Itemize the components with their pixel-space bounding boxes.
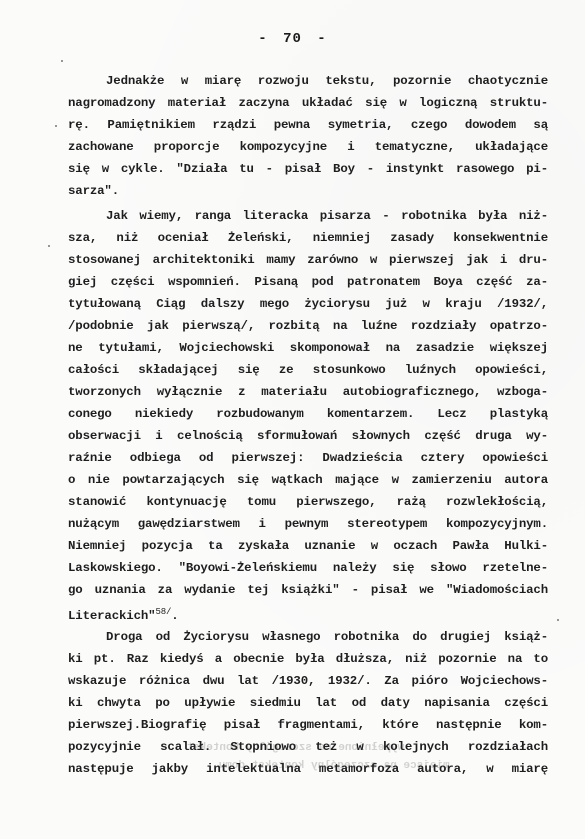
- text-line: giej części wspomnień. Pisaną pod patron…: [68, 271, 548, 293]
- text-line: pierwszej.Biografię pisał fragmentami, k…: [68, 714, 548, 736]
- text-fragment: Literackich": [68, 609, 155, 623]
- scan-speck: [557, 619, 559, 621]
- scan-speck: [48, 245, 50, 247]
- text-line: conego niekiedy rozbudowanym komentarzem…: [68, 403, 548, 425]
- text-line: /podobnie jak pierwszą/, rozbitą na luźn…: [68, 315, 548, 337]
- text-fragment: .: [171, 609, 178, 623]
- text-line: ki chwyta po upływie siedmiu lat od daty…: [68, 692, 548, 714]
- body-text: Jednakże w miarę rozwoju tekstu, pozorni…: [68, 70, 548, 780]
- text-line-with-footnote: Literackich"58/.: [68, 601, 548, 623]
- text-line: Niemniej pozycja ta zyskała uznanie w oc…: [68, 535, 548, 557]
- scan-speck: [55, 125, 57, 127]
- document-page: - 70 - Jednakże w miarę rozwoju tekstu, …: [0, 0, 585, 839]
- paragraph-1: Jednakże w miarę rozwoju tekstu, pozorni…: [68, 70, 548, 202]
- text-line: sza, niż oceniał Żeleński, niemniej zasa…: [68, 227, 548, 249]
- paragraph-2: Jak wiemy, ranga literacka pisarza - rob…: [68, 205, 548, 623]
- text-line: ki pt. Raz kiedyś a obecnie była dłuższa…: [68, 648, 548, 670]
- footnote-reference: 58/: [155, 607, 171, 617]
- text-line: Jednakże w miarę rozwoju tekstu, pozorni…: [68, 70, 548, 92]
- page-number: - 70 -: [0, 31, 585, 47]
- text-line: nagromadzony materiał zaczyna układać si…: [68, 92, 548, 114]
- text-line: ne tytułami, Wojciechowski skomponował n…: [68, 337, 548, 359]
- text-line: Droga od Życiorysu własnego robotnika do…: [68, 626, 548, 648]
- text-line: stosowanej architektoniki mamy zarówno w…: [68, 249, 548, 271]
- text-line: stanowić kontynuację tomu pierwszego, ra…: [68, 491, 548, 513]
- text-line: obserwacji i celnością sformułowań słown…: [68, 425, 548, 447]
- text-line: nużącym gawędziarstwem i pewnym stereoty…: [68, 513, 548, 535]
- text-line: tworzonych wyłącznie z materiału autobio…: [68, 381, 548, 403]
- paragraph-3: Droga od Życiorysu własnego robotnika do…: [68, 626, 548, 780]
- scan-speck: [61, 60, 63, 62]
- text-line: wskazuje różnica dwu lat /1930, 1932/. Z…: [68, 670, 548, 692]
- text-line: sarza".: [68, 180, 548, 202]
- text-line: raźnie odbiega od pierwszej: Dwadzieścia…: [68, 447, 548, 469]
- text-line: tytułowaną Ciąg dalszy mego życiorysu ju…: [68, 293, 548, 315]
- text-line: się w cykle. "Działa tu - pisał Boy - in…: [68, 158, 548, 180]
- text-line: go uznania za wydanie tej książki" - pis…: [68, 579, 548, 601]
- text-line: całości składającej się ze stosunkowo lu…: [68, 359, 548, 381]
- text-line: Jak wiemy, ranga literacka pisarza - rob…: [68, 205, 548, 227]
- bleed-through-text: miejsce na szczególny kontekst domu.: [212, 760, 450, 772]
- bleed-through-text: wypełnione na szczególny kontekst ...: [160, 742, 404, 754]
- text-line: zachowane proporcje kompozycyjne i temat…: [68, 136, 548, 158]
- text-line: rę. Pamiętnikiem rządzi pewna symetria, …: [68, 114, 548, 136]
- text-line: Laskowskiego. "Boyowi-Żeleńskiemu należy…: [68, 557, 548, 579]
- text-line: o nie powtarzających się wątkach mające …: [68, 469, 548, 491]
